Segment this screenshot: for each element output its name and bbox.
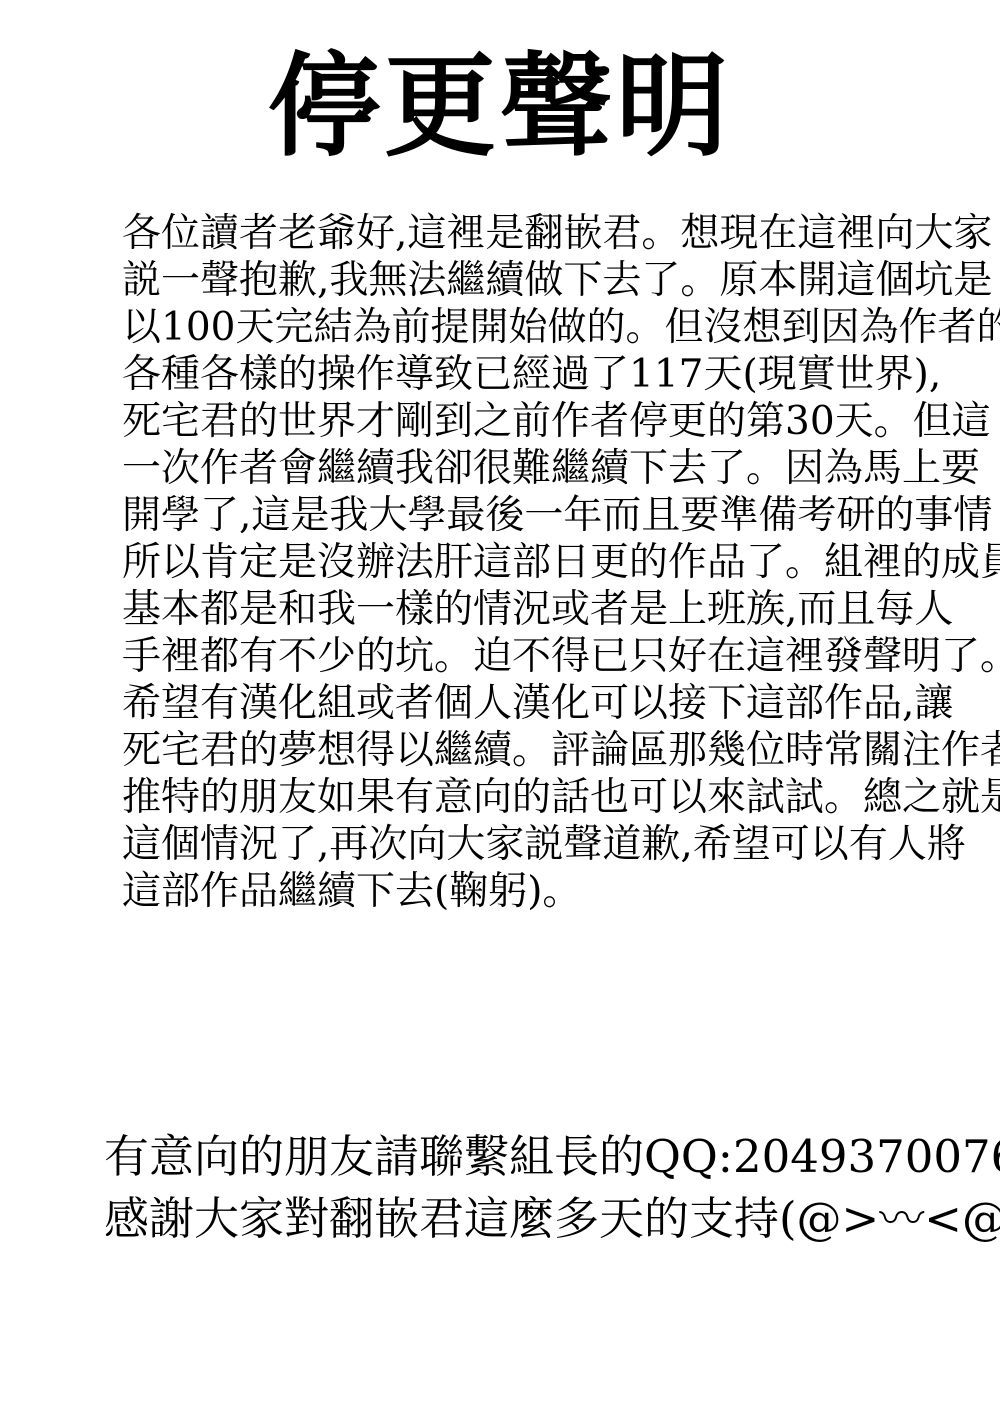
page-title: 停更聲明 bbox=[0, 0, 1000, 174]
text-line: 一次作者會繼續我卻很難繼續下去了。因為馬上要 bbox=[122, 445, 922, 492]
announcement-page: 停更聲明 各位讀者老爺好,這裡是翻嵌君。想現在這裡向大家説一聲抱歉,我無法繼續做… bbox=[0, 0, 1000, 1412]
text-line: 各位讀者老爺好,這裡是翻嵌君。想現在這裡向大家 bbox=[122, 210, 922, 257]
text-line: 死宅君的世界才剛到之前作者停更的第30天。但這 bbox=[122, 398, 922, 445]
text-line: 希望有漢化組或者個人漢化可以接下這部作品,讓 bbox=[122, 680, 922, 727]
announcement-body: 各位讀者老爺好,這裡是翻嵌君。想現在這裡向大家説一聲抱歉,我無法繼續做下去了。原… bbox=[122, 210, 922, 915]
text-line: 死宅君的夢想得以繼續。評論區那幾位時常關注作者 bbox=[122, 727, 922, 774]
text-line: 各種各樣的操作導致已經過了117天(現實世界), bbox=[122, 351, 922, 398]
text-line: 感謝大家對翻嵌君這麼多天的支持(@>〰<@) bbox=[104, 1188, 964, 1250]
text-line: 開學了,這是我大學最後一年而且要準備考研的事情 bbox=[122, 492, 922, 539]
text-line: 以100天完結為前提開始做的。但沒想到因為作者的 bbox=[122, 304, 922, 351]
text-line: 有意向的朋友請聯繫組長的QQ:2049370076 bbox=[104, 1126, 964, 1188]
text-line: 説一聲抱歉,我無法繼續做下去了。原本開這個坑是 bbox=[122, 257, 922, 304]
text-line: 基本都是和我一樣的情況或者是上班族,而且每人 bbox=[122, 586, 922, 633]
text-line: 手裡都有不少的坑。迫不得已只好在這裡發聲明了。 bbox=[122, 633, 922, 680]
text-line: 這部作品繼續下去(鞠躬)。 bbox=[122, 868, 922, 915]
text-line: 推特的朋友如果有意向的話也可以來試試。總之就是 bbox=[122, 774, 922, 821]
text-line: 所以肯定是沒辦法肝這部日更的作品了。組裡的成員 bbox=[122, 539, 922, 586]
contact-footer: 有意向的朋友請聯繫組長的QQ:2049370076感謝大家對翻嵌君這麼多天的支持… bbox=[104, 1126, 964, 1250]
text-line: 這個情況了,再次向大家説聲道歉,希望可以有人將 bbox=[122, 821, 922, 868]
